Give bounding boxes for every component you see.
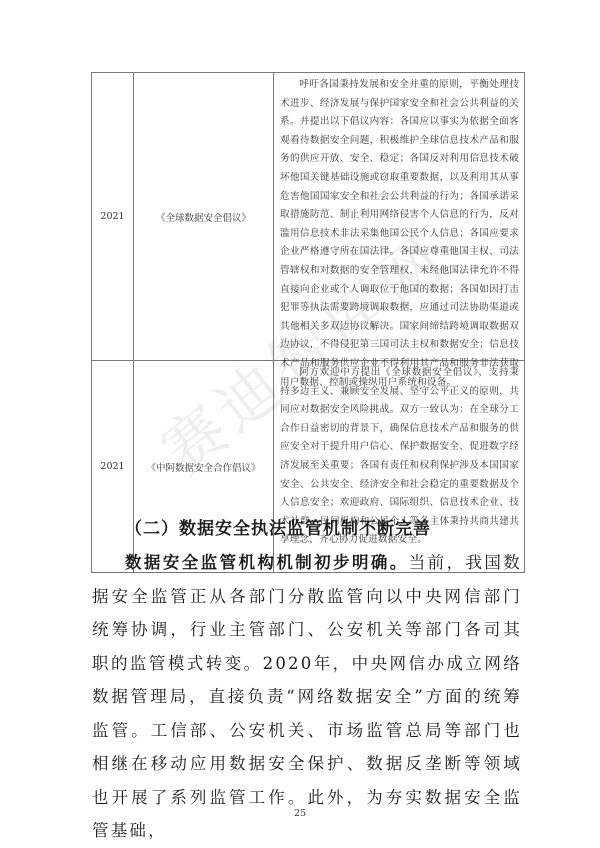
initiative-name-cell: 《全球数据安全倡议》 [134,73,274,360]
table-row: 2021 《中阿数据安全合作倡议》 阿方欢迎中方提出《全球数据安全倡议》，支持秉… [92,361,524,572]
page-number: 25 [0,808,600,819]
initiative-content-cell: 阿方欢迎中方提出《全球数据安全倡议》，支持秉持多边主义、兼顾安全发展、坚守公平正… [274,361,524,572]
initiative-name-cell: 《中阿数据安全合作倡议》 [134,361,274,572]
year-cell: 2021 [92,361,134,572]
paragraph-body: 当前，我国数据安全监管正从各部门分散监管向以中央网信部门统筹协调，行业主管部门、… [92,553,522,840]
table-row: 2021 《全球数据安全倡议》 呼吁各国秉持发展和安全并重的原则，平衡处理技术进… [92,73,524,361]
initiatives-table: 2021 《全球数据安全倡议》 呼吁各国秉持发展和安全并重的原则，平衡处理技术进… [91,72,525,573]
section-heading: （二）数据安全执法监管机制不断完善 [125,514,431,539]
paragraph-lead: 数据安全监管机构机制初步明确。 [125,553,409,572]
year-cell: 2021 [92,73,134,360]
initiative-content-cell: 呼吁各国秉持发展和安全并重的原则，平衡处理技术进步、经济发展与保护国家安全和社会… [274,73,524,360]
body-paragraph: 数据安全监管机构机制初步明确。当前，我国数据安全监管正从各部门分散监管向以中央网… [92,546,522,848]
